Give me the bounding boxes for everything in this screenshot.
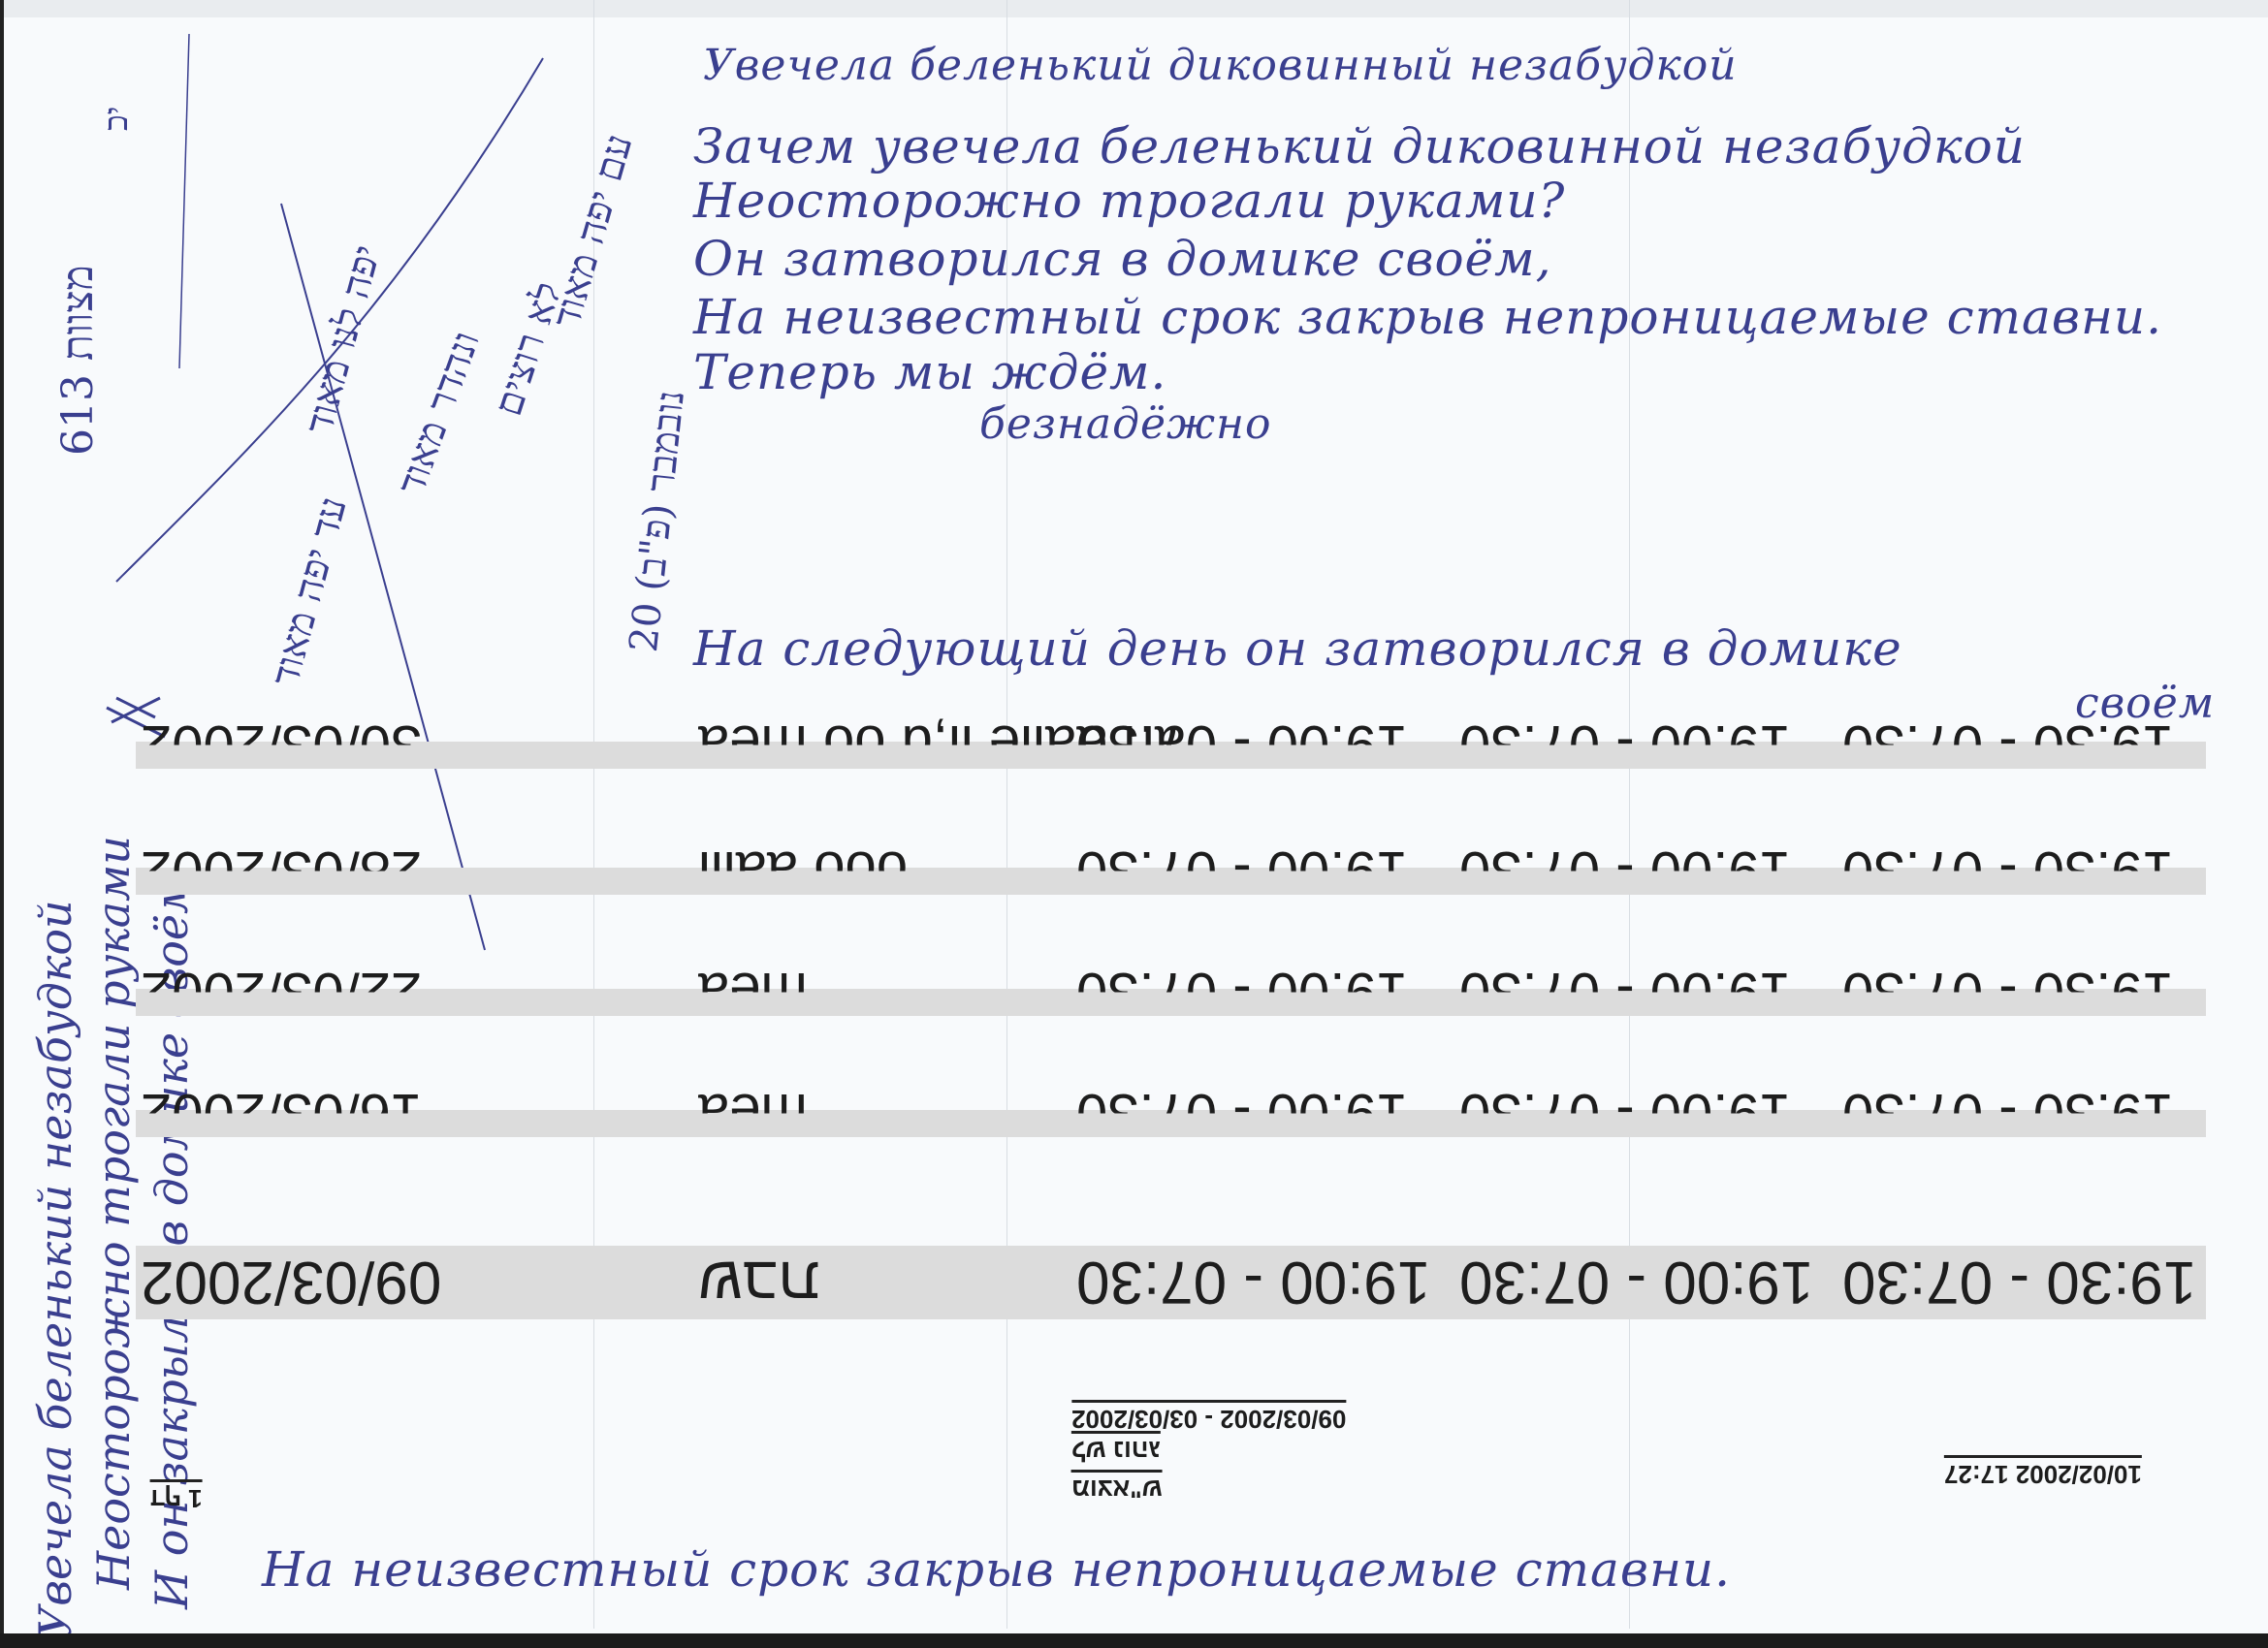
- schedule-org: מוצא"ש: [1071, 1474, 1163, 1504]
- printed-datetime: 10/02/2002 17:27: [1944, 1459, 2142, 1489]
- date-range: 09/03/2002 - 03/03/2002: [1071, 1404, 1346, 1434]
- row-shift: 19:00 - 07:30: [1459, 1248, 1813, 1316]
- page-label: 1 דף: [150, 1483, 203, 1513]
- row-band: [136, 1110, 2206, 1137]
- row-shift: 19:00 - 07:30: [1076, 1248, 1430, 1316]
- scanner-edge-bottom: [0, 1633, 2268, 1648]
- row-band: [136, 989, 2206, 1016]
- row-shift: 19:30 - 07:30: [1842, 1248, 2196, 1316]
- row-band: [136, 868, 2206, 895]
- row-band: [136, 742, 2206, 769]
- row-day: שבת: [698, 1248, 819, 1316]
- schedule-subtitle: לש נוהג: [1071, 1435, 1161, 1465]
- row-date: 09/03/2002: [141, 1248, 441, 1316]
